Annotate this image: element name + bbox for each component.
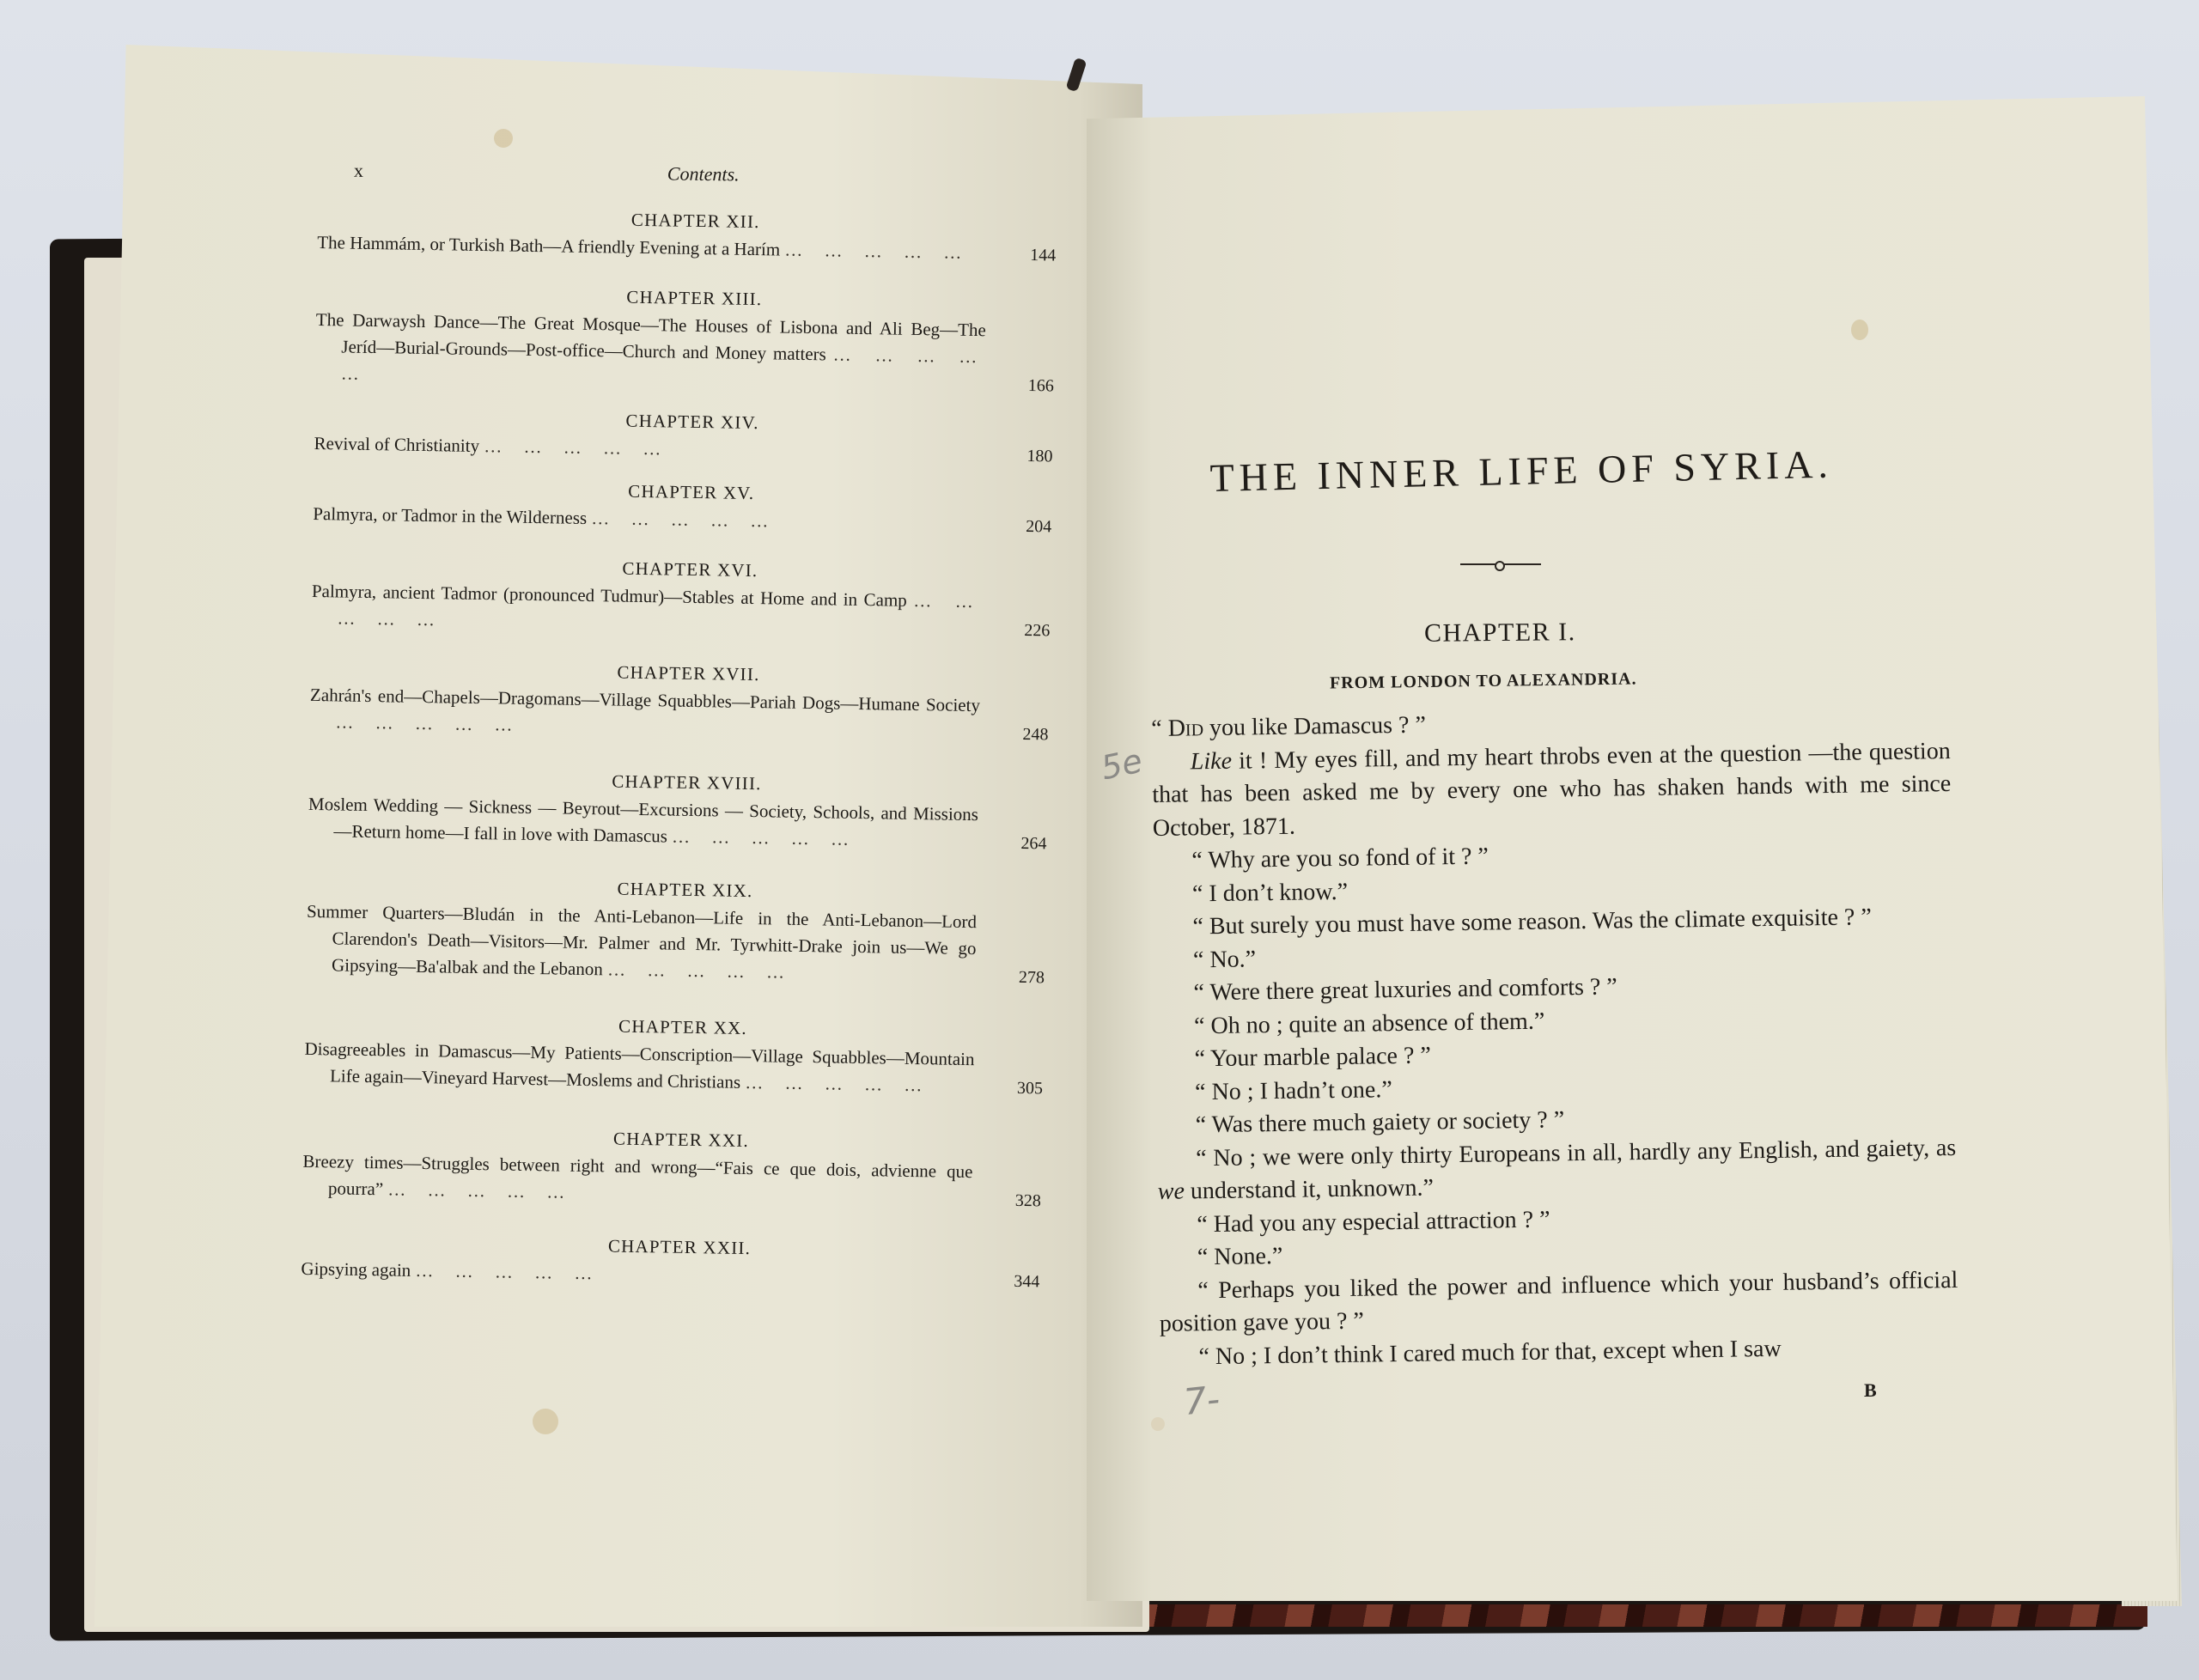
leader-dots: … … … … … — [591, 508, 777, 531]
toc-page-number: 344 — [1014, 1272, 1039, 1292]
toc-description-text: Gipsying again — [301, 1258, 411, 1281]
toc-description-text: Zahrán's end—Chapels—Dragomans—Village S… — [310, 685, 980, 715]
body-paragraph: “ No ; we were only thirty Europeans in … — [1157, 1131, 1957, 1208]
toc-entry: CHAPTER XXI.Breezy times—Struggles betwe… — [302, 1123, 1059, 1214]
leader-dots: … … … … … — [387, 1178, 573, 1202]
leader-dots: … … … … … — [784, 240, 970, 263]
text-run: “ Why are you so fond of it ? ” — [1191, 843, 1489, 874]
leader-dots: … … … … … — [672, 826, 857, 849]
toc-chapter-description: Disagreeables in Damascus—My Patients—Co… — [304, 1036, 1061, 1101]
body-paragraph: Like it ! My eyes fill, and my heart thr… — [1152, 735, 1952, 845]
text-run: “ Perhaps you liked the power and influe… — [1160, 1266, 1958, 1336]
text-run: you like Damascus ? ” — [1203, 712, 1426, 742]
toc-entry: CHAPTER XVI.Palmyra, ancient Tadmor (pro… — [311, 553, 1068, 643]
leader-dots: … … … … … — [335, 711, 521, 734]
toc-entry: CHAPTER XV.Palmyra, or Tadmor in the Wil… — [313, 476, 1069, 539]
toc-chapter-description: Breezy times—Struggles between right and… — [302, 1148, 1059, 1214]
text-run: “ — [1151, 715, 1168, 742]
toc-page-number: 204 — [1026, 517, 1051, 537]
text-run: it ! My eyes fill, and my heart throbs e… — [1152, 738, 1951, 842]
text-run: Did — [1167, 715, 1203, 742]
leader-dots: … … … … … — [607, 959, 793, 982]
table-of-contents: CHAPTER XII.The Hammám, or Turkish Bath—… — [301, 204, 1074, 1294]
text-run: “ None.” — [1197, 1243, 1283, 1270]
text-run: “ Oh no ; quite an absence of them.” — [1194, 1007, 1545, 1039]
toc-page-number: 248 — [1022, 725, 1048, 745]
toc-chapter-description: Moslem Wedding — Sickness — Beyrout—Excu… — [308, 791, 1064, 856]
toc-page-number: 180 — [1026, 447, 1052, 466]
toc-page-number: 305 — [1017, 1079, 1043, 1099]
toc-page-number: 166 — [1028, 376, 1054, 396]
toc-entry: CHAPTER XVIII.Moslem Wedding — Sickness … — [308, 766, 1064, 856]
foxing-spot — [1851, 320, 1868, 340]
text-run: “ Were there great luxuries and comforts… — [1193, 973, 1617, 1006]
chapter-title: CHAPTER I. — [1424, 618, 1576, 648]
text-run: understand it, unknown.” — [1185, 1174, 1434, 1204]
toc-chapter-description: Palmyra, ancient Tadmor (pronounced Tudm… — [311, 578, 1068, 643]
foxing-spot — [533, 1409, 558, 1434]
toc-entry: CHAPTER XII.The Hammám, or Turkish Bath—… — [317, 204, 1074, 268]
toc-entry: CHAPTER XIX.Summer Quarters—Bludán in th… — [306, 873, 1063, 990]
text-run: we — [1158, 1178, 1185, 1205]
text-run: “ But surely you must have some reason. … — [1192, 904, 1872, 940]
toc-page-number: 328 — [1015, 1191, 1041, 1211]
toc-page-number: 278 — [1019, 968, 1045, 988]
toc-entry: CHAPTER XX.Disagreeables in Damascus—My … — [304, 1011, 1061, 1101]
leader-dots: … … … … … — [415, 1260, 600, 1283]
page-number: x — [354, 160, 363, 182]
ornament-rule-icon — [1460, 560, 1541, 569]
toc-chapter-description: Zahrán's end—Chapels—Dragomans—Village S… — [309, 682, 1066, 747]
signature-mark: B — [1864, 1379, 1877, 1402]
toc-page-number: 264 — [1020, 834, 1046, 854]
toc-page-number: 144 — [1030, 246, 1056, 265]
toc-entry: CHAPTER XVII.Zahrán's end—Chapels—Dragom… — [309, 657, 1066, 747]
toc-description-text: Revival of Christianity — [314, 433, 479, 456]
toc-entry: CHAPTER XIV.Revival of Christianity … … … — [314, 405, 1070, 469]
text-run: “ I don’t know.” — [1192, 878, 1349, 907]
pencil-annotation: 7- — [1182, 1378, 1222, 1423]
toc-entry: CHAPTER XIII.The Darwaysh Dance—The Grea… — [315, 282, 1073, 399]
leader-dots: … … … … … — [484, 435, 669, 459]
toc-description-text: Palmyra, ancient Tadmor (pronounced Tudm… — [312, 581, 907, 611]
text-run: “ Was there much gaiety or society ? ” — [1195, 1106, 1564, 1138]
leader-dots: … … … … … — [745, 1072, 930, 1095]
text-run: “ No ; I don’t think I cared much for th… — [1198, 1335, 1782, 1369]
foxing-spot — [494, 129, 513, 148]
toc-chapter-description: The Darwaysh Dance—The Great Mosque—The … — [315, 307, 1072, 399]
text-run: “ Had you any especial attraction ? ” — [1197, 1206, 1550, 1238]
chapter-body: “ Did you like Damascus ? ”Like it ! My … — [1151, 702, 1959, 1374]
foxing-spot — [1151, 1417, 1165, 1431]
body-paragraph: “ Perhaps you liked the power and influe… — [1159, 1263, 1958, 1341]
toc-description-text: Palmyra, or Tadmor in the Wilderness — [313, 503, 587, 528]
text-run: “ Your marble palace ? ” — [1194, 1042, 1431, 1072]
text-run: “ No ; I hadn’t one.” — [1195, 1076, 1392, 1105]
toc-chapter-description: Summer Quarters—Bludán in the Anti-Leban… — [306, 898, 1063, 990]
toc-page-number: 226 — [1024, 621, 1050, 641]
running-head-title: Contents. — [667, 163, 740, 186]
toc-description-text: The Hammám, or Turkish Bath—A friendly E… — [317, 232, 780, 259]
text-run: Like — [1191, 747, 1233, 775]
text-run: “ No.” — [1193, 946, 1257, 973]
toc-description-text: Moslem Wedding — Sickness — Beyrout—Excu… — [308, 794, 978, 847]
